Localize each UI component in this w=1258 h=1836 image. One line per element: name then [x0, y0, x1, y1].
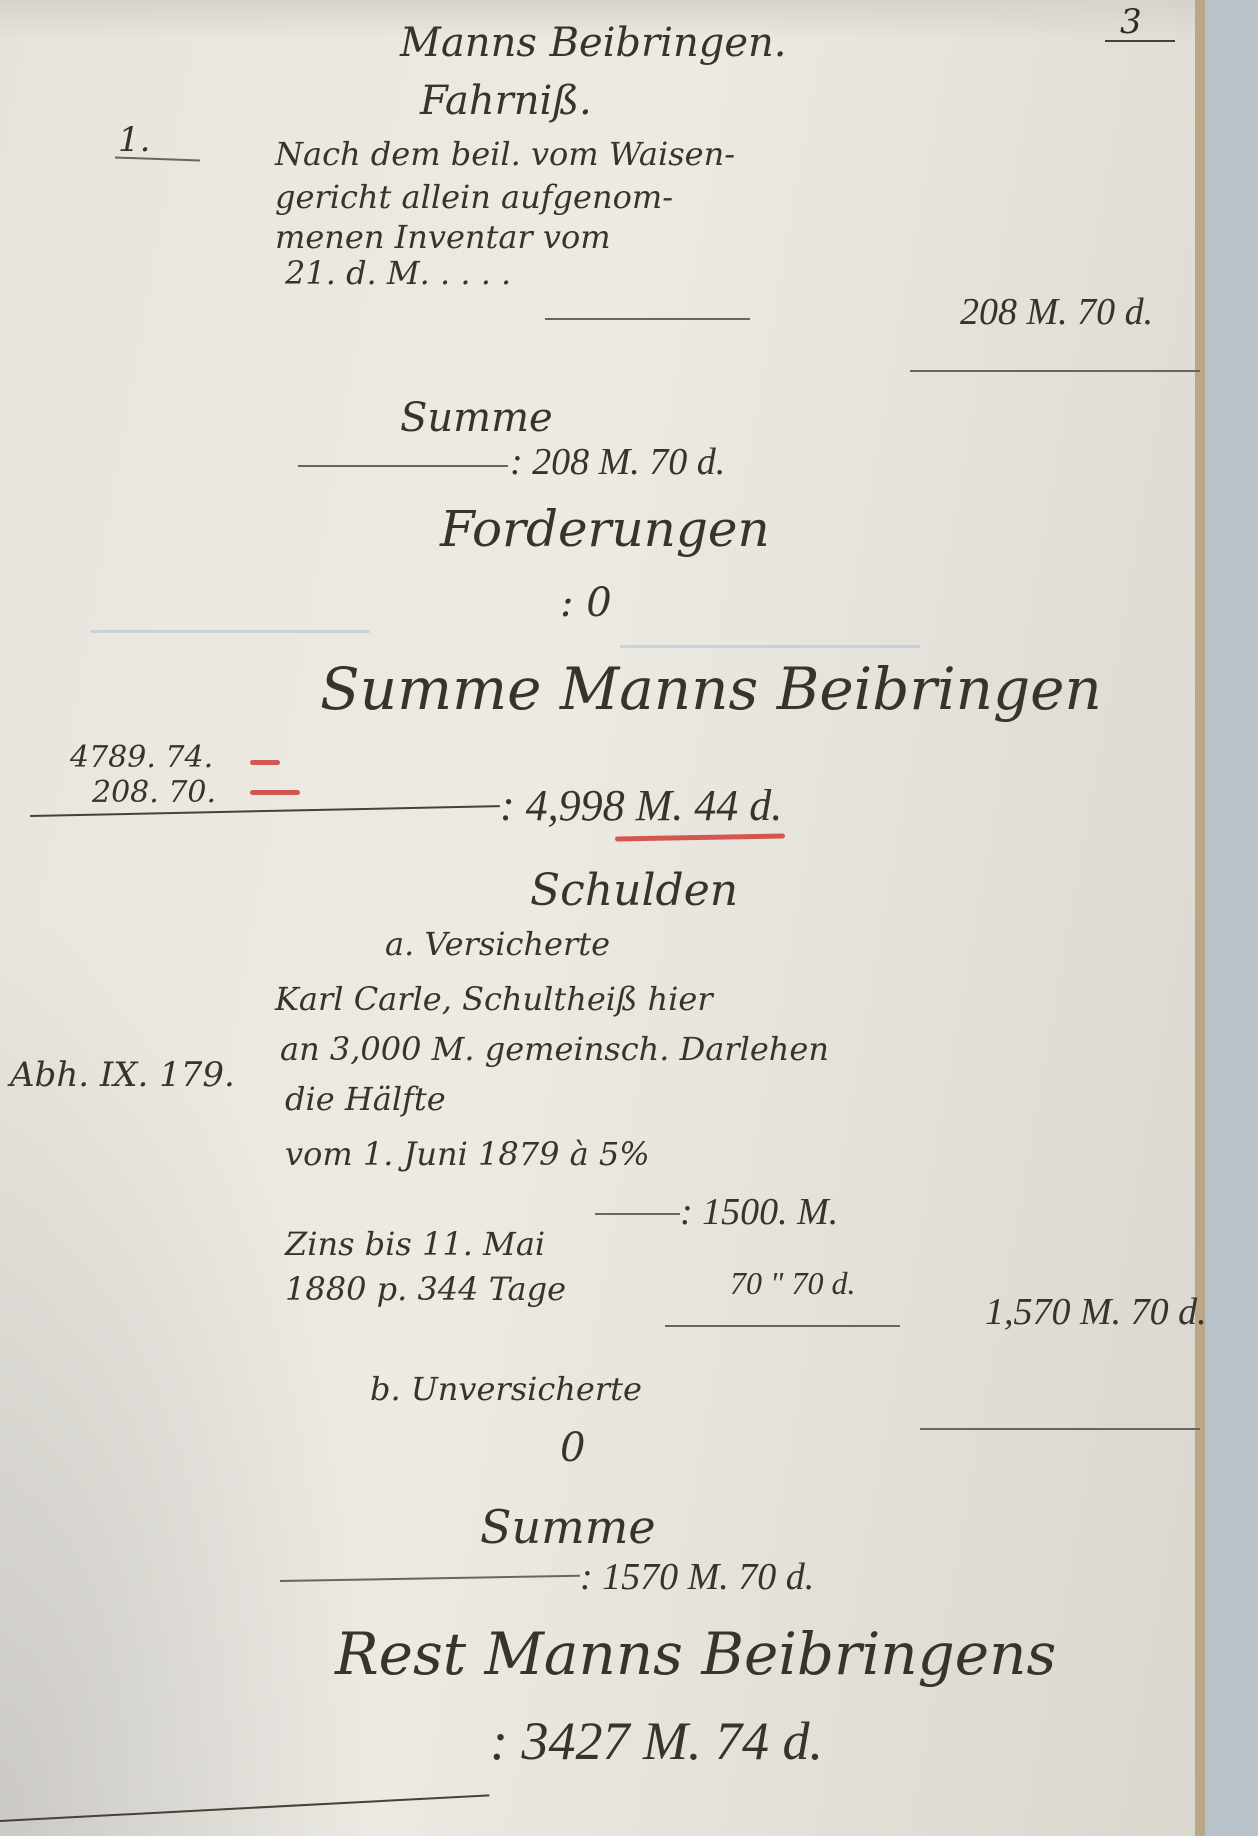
- total-amount: : 4,998 M. 44 d.: [500, 780, 782, 831]
- ledger-page: 3 Manns Beibringen. Fahrniß. 1. Nach dem…: [0, 0, 1205, 1836]
- fahrniss-amount: 208 M. 70 d.: [960, 290, 1153, 334]
- fahrniss-line-4: 21. d. M. . . . .: [285, 254, 511, 292]
- schulden-subtotal: 1,570 M. 70 d.: [985, 1290, 1207, 1334]
- margin-ref-1: 1.: [118, 120, 150, 160]
- interest-line-1: Zins bis 11. Mai: [285, 1225, 545, 1263]
- forderungen-heading: Forderungen: [440, 500, 770, 558]
- fahrniss-line-2: gericht allein aufgenom-: [275, 178, 673, 216]
- fahrniss-summe-rule: [298, 465, 508, 467]
- fahrniss-summe-amount: : 208 M. 70 d.: [510, 440, 725, 484]
- interest-line-2: 1880 p. 344 Tage: [285, 1270, 566, 1308]
- schulden-summe-amount: : 1570 M. 70 d.: [580, 1555, 814, 1599]
- rest-amount: : 3427 M. 74 d.: [490, 1710, 823, 1772]
- page-number: 3: [1120, 2, 1142, 42]
- page-number-rule: [1105, 40, 1175, 42]
- fahrniss-column-rule: [910, 370, 1200, 372]
- principal-leader-rule: [595, 1213, 680, 1215]
- schulden-principal: : 1500. M.: [680, 1190, 838, 1234]
- rest-heading: Rest Manns Beibringens: [335, 1620, 1056, 1688]
- total-heading: Summe Manns Beibringen: [320, 655, 1102, 723]
- fahrniss-summe-label: Summe: [400, 395, 553, 441]
- fahrniss-heading: Fahrniß.: [420, 78, 592, 124]
- schulden-line-2: an 3,000 M. gemeinsch. Darlehen: [280, 1030, 829, 1068]
- page-title: Manns Beibringen.: [400, 20, 786, 66]
- schulden-heading: Schulden: [530, 865, 738, 916]
- schulden-section-a: a. Versicherte: [385, 925, 610, 963]
- red-check-mark: [250, 790, 300, 795]
- total-calc-line-1: 4789. 74.: [70, 740, 213, 775]
- schulden-line-1: Karl Carle, Schultheiß hier: [275, 980, 713, 1018]
- schulden-line-4: vom 1. Juni 1879 à 5%: [285, 1135, 650, 1173]
- forderungen-value: : 0: [560, 580, 612, 626]
- fahrniss-line-1: Nach dem beil. vom Waisen-: [275, 135, 735, 173]
- faint-blue-line: [90, 630, 370, 633]
- schulden-section-b: b. Unversicherte: [370, 1370, 642, 1408]
- interest-amount: 70 " 70 d.: [730, 1265, 855, 1302]
- section-b-column-rule: [920, 1428, 1200, 1430]
- schulden-summe-label: Summe: [480, 1500, 656, 1554]
- schulden-margin-ref: Abh. IX. 179.: [10, 1055, 235, 1095]
- fahrniss-leader-rule: [545, 318, 750, 320]
- fahrniss-line-3: menen Inventar vom: [275, 218, 611, 256]
- faint-blue-line: [620, 645, 920, 648]
- total-calc-line-2: 208. 70.: [92, 775, 216, 810]
- interest-leader-rule: [665, 1325, 900, 1327]
- schulden-line-3: die Hälfte: [285, 1080, 446, 1118]
- red-check-mark: [250, 760, 280, 765]
- section-b-value: 0: [560, 1425, 585, 1471]
- total-red-underline: [615, 834, 785, 842]
